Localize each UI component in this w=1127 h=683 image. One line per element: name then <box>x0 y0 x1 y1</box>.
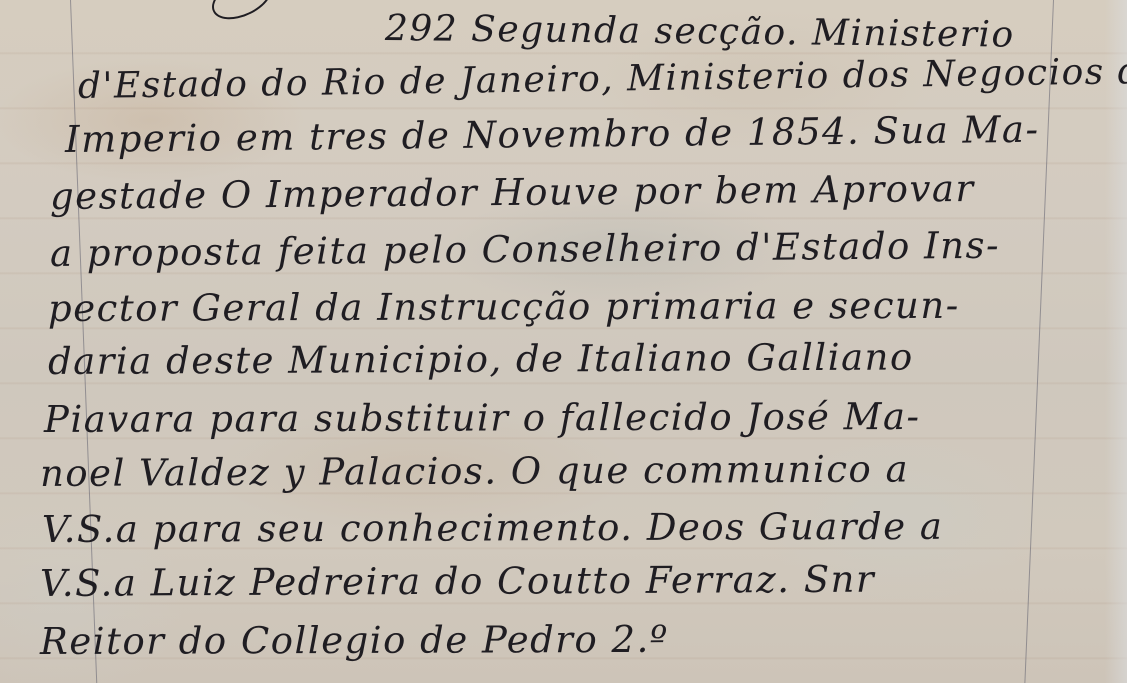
right-margin-rule <box>1024 0 1054 683</box>
manuscript-line-7: daria deste Municipio, de Italiano Galli… <box>48 335 914 383</box>
page-edge <box>1105 0 1127 683</box>
manuscript-line-4: gestade O Imperador Houve por bem Aprova… <box>50 167 975 218</box>
manuscript-line-1: 292 Segunda secção. Ministerio <box>385 8 1015 56</box>
manuscript-line-8: Piavara para substituir o fallecido José… <box>44 395 921 441</box>
manuscript-line-5: a proposta feita pelo Conselheiro d'Esta… <box>50 224 1000 275</box>
manuscript-line-10: V.S.a para seu conhecimento. Deos Guarde… <box>42 505 944 551</box>
manuscript-line-6: pector Geral da Instrucção primaria e se… <box>48 284 960 330</box>
ink-flourish <box>205 0 278 28</box>
manuscript-line-12: Reitor do Collegio de Pedro 2.º <box>40 618 669 663</box>
manuscript-page: 292 Segunda secção. Ministerio d'Estado … <box>0 0 1127 683</box>
manuscript-line-9: noel Valdez y Palacios. O que communico … <box>40 447 909 495</box>
manuscript-line-2: d'Estado do Rio de Janeiro, Ministerio d… <box>78 51 1127 107</box>
manuscript-line-11: V.S.a Luiz Pedreira do Coutto Ferraz. Sn… <box>40 558 875 605</box>
manuscript-line-3: Imperio em tres de Novembro de 1854. Sua… <box>65 108 1040 161</box>
